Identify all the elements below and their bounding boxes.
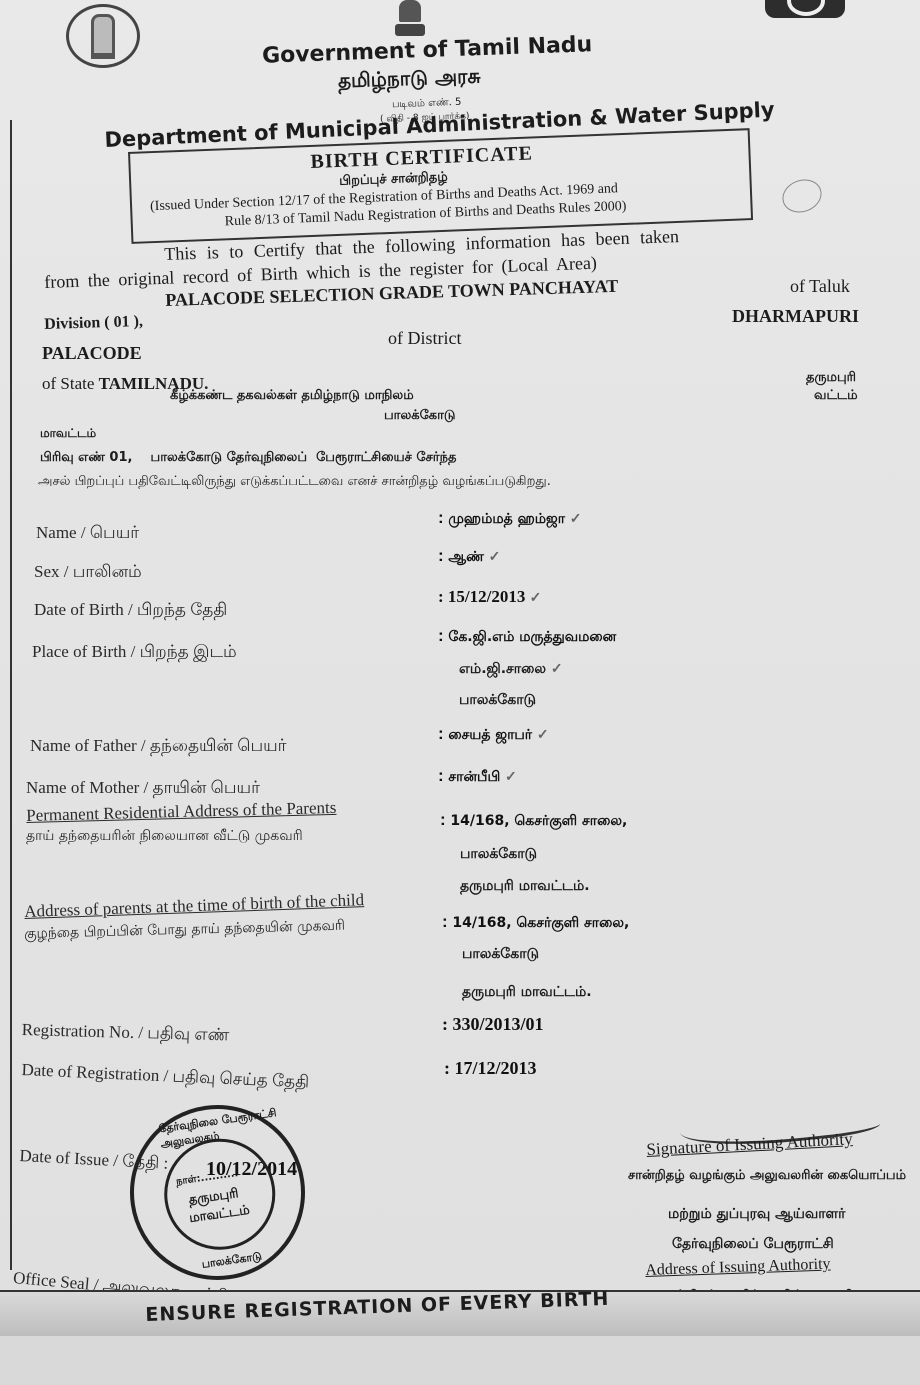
ta-district-name: தருமபுரி — [806, 370, 856, 386]
tick-mark: ✓ — [537, 726, 549, 742]
tick-mark: ✓ — [551, 660, 563, 676]
father-label: Name of Father / தந்தையின் பெயர் — [30, 736, 287, 758]
birth-addr-line1: 14/168, கெசர்குளி சாலை, — [452, 915, 629, 931]
perm-addr-line3: தருமபுரி மாவட்டம். — [460, 878, 590, 896]
seal-bottom-text: பாலக்கோடு — [201, 1250, 263, 1273]
dob-value: : 15/12/2013 ✓ — [438, 587, 541, 607]
pob-line3: பாலக்கோடு — [459, 692, 536, 710]
father-text: சையத் ஜாபர் — [448, 727, 532, 743]
tick-mark: ✓ — [505, 768, 517, 784]
certificate-title-ta: பிறப்புச் சான்றிதழ் — [339, 170, 448, 190]
division-label: Division ( 01 ), — [44, 313, 143, 334]
dob-text: 15/12/2013 — [448, 587, 525, 606]
of-state-label: of State — [42, 374, 94, 393]
national-emblem-icon — [393, 0, 427, 42]
reg-date-value: : 17/12/2013 — [444, 1058, 537, 1079]
pob-line2: எம்.ஜி.சாலை ✓ — [459, 660, 563, 679]
name-label: Name / பெயர் — [36, 523, 139, 545]
reg-no-value: : 330/2013/01 — [442, 1014, 544, 1035]
reg-no-text: 330/2013/01 — [453, 1014, 544, 1034]
tick-mark: ✓ — [570, 510, 582, 526]
form-number: படிவம் எண். 5 — [392, 97, 462, 111]
ta-certify-line1b: பாலக்கோடு — [384, 408, 456, 424]
pob-line1: கே.ஜி.எம் மருத்துவமனை — [448, 629, 616, 645]
perm-addr-value: : 14/168, கெசர்குளி சாலை, — [440, 810, 627, 831]
gov-title-ta: தமிழ்நாடு அரசு — [338, 64, 481, 96]
signature-ta-line2: மற்றும் துப்புரவு ஆய்வாளர் — [668, 1206, 846, 1224]
footer-band: ENSURE REGISTRATION OF EVERY BIRTH — [0, 1290, 920, 1336]
sex-label: Sex / பாலினம் — [34, 562, 142, 584]
name-value: : முஹம்மத் ஹம்ஜா ✓ — [438, 508, 582, 529]
birth-addr-line3: தருமபுரி மாவட்டம். — [462, 984, 592, 1002]
tamil-nadu-emblem-icon — [66, 4, 140, 68]
camera-icon — [765, 0, 845, 18]
mother-text: சான்பீபி — [448, 769, 500, 785]
name-text: முஹம்மத் ஹம்ஜா — [448, 511, 565, 527]
of-district-label: of District — [388, 328, 462, 349]
ta-vattam: வட்டம் — [814, 388, 858, 404]
signature-ta-line3: தேர்வுநிலைப் பேரூராட்சி — [672, 1236, 834, 1254]
certificate-title-en: BIRTH CERTIFICATE — [310, 142, 533, 174]
tick-mark: ✓ — [489, 548, 501, 564]
ta-certify-line3: அசல் பிறப்புப் பதிவேட்டிலிருந்து எடுக்கப… — [38, 474, 551, 490]
ta-certify-line1: கீழ்க்கண்ட தகவல்கள் தமிழ்நாடு மாநிலம் — [170, 388, 414, 404]
background-surface — [0, 1335, 920, 1385]
pob-label: Place of Birth / பிறந்த இடம் — [32, 642, 237, 664]
ta-certify-line2: பிரிவு எண் 01, பாலக்கோடு தேர்வுநிலைப் பே… — [40, 450, 456, 466]
of-taluk-label: of Taluk — [790, 276, 850, 297]
left-border-line — [10, 120, 12, 1270]
reg-date-text: 17/12/2013 — [455, 1058, 537, 1078]
pob-line2-text: எம்.ஜி.சாலை — [459, 661, 546, 677]
birth-addr-value: : 14/168, கெசர்குளி சாலை, — [442, 912, 629, 933]
taluk-value: DHARMAPURI — [732, 306, 859, 327]
sex-text: ஆண் — [448, 549, 484, 565]
district-value: PALACODE — [42, 343, 142, 364]
mother-value: : சான்பீபி ✓ — [438, 766, 517, 787]
birth-addr-line2: பாலக்கோடு — [462, 946, 539, 964]
ta-mavattam: மாவட்டம் — [40, 426, 96, 442]
sex-value: : ஆண் ✓ — [438, 546, 500, 567]
signature-ta-line1: சான்றிதழ் வழங்கும் அலுவலரின் கையொப்பம் — [628, 1168, 906, 1184]
mother-label: Name of Mother / தாயின் பெயர் — [26, 778, 260, 800]
footer-banner-text: ENSURE REGISTRATION OF EVERY BIRTH — [145, 1288, 610, 1326]
perm-addr-line2: பாலக்கோடு — [460, 846, 537, 864]
tick-mark: ✓ — [530, 589, 542, 605]
dob-label: Date of Birth / பிறந்த தேதி — [34, 600, 227, 622]
father-value: : சையத் ஜாபர் ✓ — [438, 724, 549, 745]
perm-addr-line1: 14/168, கெசர்குளி சாலை, — [450, 813, 627, 829]
pob-value: : கே.ஜி.எம் மருத்துவமனை — [438, 626, 616, 647]
perm-addr-label-ta: தாய் தந்தையரின் நிலையான வீட்டு முகவரி — [26, 828, 303, 846]
